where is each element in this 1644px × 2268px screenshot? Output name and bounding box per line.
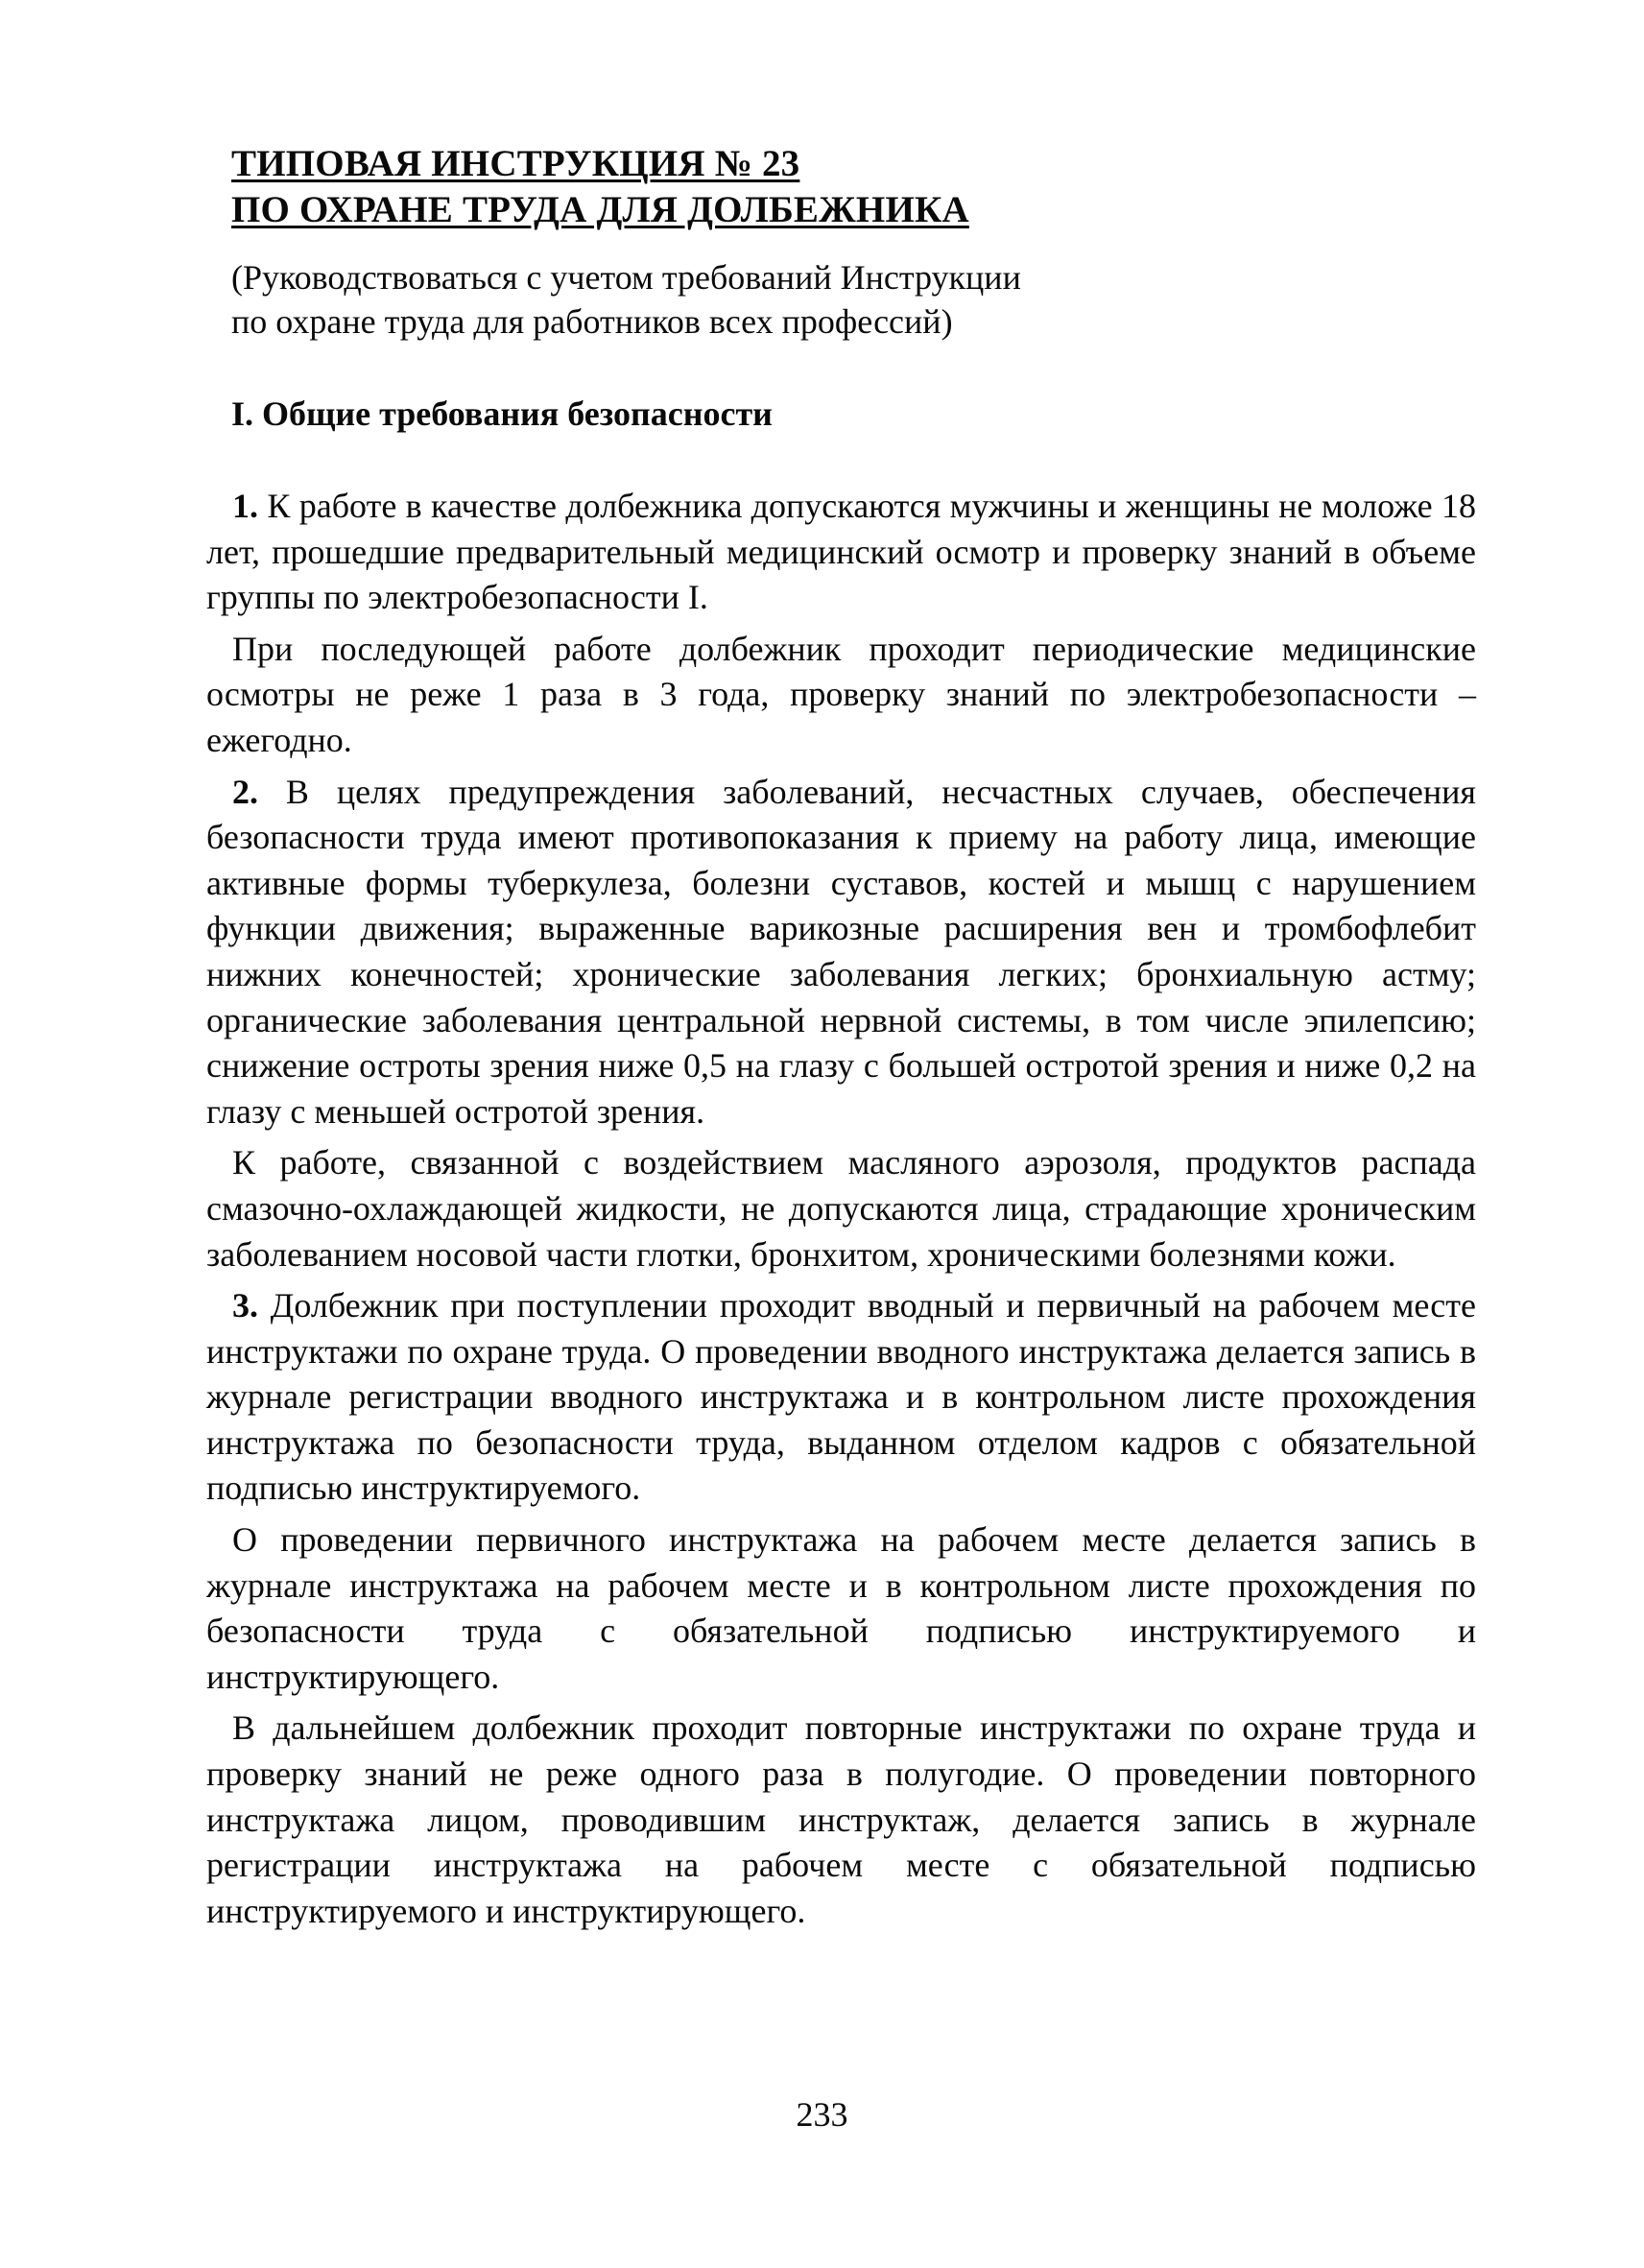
paragraph-text: При последующей работе долбежник проходи…	[206, 630, 1476, 759]
title-line-2: ПО ОХРАНЕ ТРУДА ДЛЯ ДОЛБЕЖНИКА	[231, 187, 969, 233]
paragraph-text: Долбежник при поступлении проходит вводн…	[206, 1286, 1476, 1507]
paragraph-text: К работе, связанной с воздействием масля…	[206, 1143, 1476, 1273]
paragraph-number: 3.	[232, 1286, 258, 1325]
paragraph-number: 2.	[232, 773, 258, 811]
paragraph-3-continued-1: О проведении первичного инструктажа на р…	[206, 1517, 1476, 1700]
paragraph-2-continued: К работе, связанной с воздействием масля…	[206, 1140, 1476, 1277]
document-page: ТИПОВАЯ ИНСТРУКЦИЯ № 23 ПО ОХРАНЕ ТРУДА …	[0, 0, 1644, 2268]
document-title: ТИПОВАЯ ИНСТРУКЦИЯ № 23 ПО ОХРАНЕ ТРУДА …	[231, 141, 969, 233]
paragraph-text: К работе в качестве долбежника допускают…	[206, 487, 1476, 616]
paragraph-2: 2. В целях предупреждения заболеваний, н…	[206, 770, 1476, 1135]
paragraph-3-continued-2: В дальнейшем долбежник проходит повторны…	[206, 1706, 1476, 1934]
subtitle-line-1: (Руководствоваться с учетом требований И…	[231, 255, 1287, 299]
page-number: 233	[0, 2092, 1644, 2137]
paragraph-text: О проведении первичного инструктажа на р…	[206, 1520, 1476, 1696]
paragraph-1-continued: При последующей работе долбежник проходи…	[206, 627, 1476, 764]
title-line-1: ТИПОВАЯ ИНСТРУКЦИЯ № 23	[231, 141, 969, 187]
paragraph-number: 1.	[232, 487, 258, 525]
paragraph-text: В дальнейшем долбежник проходит повторны…	[206, 1708, 1476, 1929]
paragraph-text: В целях предупреждения заболеваний, несч…	[206, 773, 1476, 1131]
document-body: 1. К работе в качестве долбежника допуск…	[206, 484, 1476, 1934]
subtitle-line-2: по охране труда для работников всех проф…	[231, 299, 1287, 344]
paragraph-1: 1. К работе в качестве долбежника допуск…	[206, 484, 1476, 621]
document-subtitle: (Руководствоваться с учетом требований И…	[231, 255, 1287, 344]
section-heading: I. Общие требования безопасности	[231, 392, 773, 436]
paragraph-3: 3. Долбежник при поступлении проходит вв…	[206, 1283, 1476, 1512]
